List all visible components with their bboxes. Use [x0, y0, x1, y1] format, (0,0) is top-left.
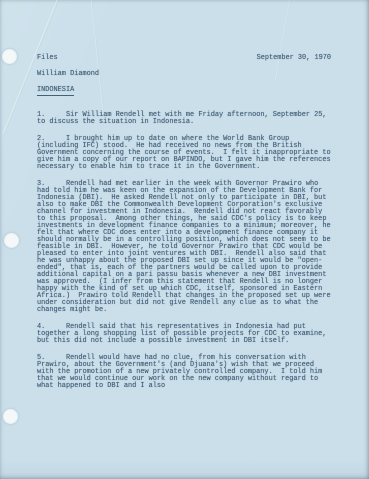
paragraph-text: I brought him up to date on where the Wo…	[37, 135, 335, 171]
author-name: William Diamond	[37, 71, 331, 78]
paragraph-text: Rendell had met earlier in the week with…	[37, 180, 335, 314]
hole-punch	[3, 409, 18, 424]
subject-title: INDONESIA	[37, 87, 74, 96]
hole-punch	[2, 49, 17, 64]
memo-paragraph: 1.Sir William Rendell met with me Friday…	[37, 112, 331, 126]
hole-punch	[4, 233, 19, 248]
memo-date: September 30, 1970	[257, 55, 331, 62]
paragraph-text: Sir William Rendell met with me Friday a…	[37, 111, 331, 126]
memo-paragraph: 3.Rendell had met earlier in the week wi…	[37, 181, 331, 314]
memo-page: Files September 30, 1970 William Diamond…	[0, 0, 369, 479]
paragraph-text: Rendell said that his representatives in…	[37, 323, 331, 345]
recipient-label: Files	[37, 55, 58, 62]
memo-paragraph: 5.Rendell would have had no clue, from h…	[37, 355, 331, 390]
memo-paragraph: 2.I brought him up to date on where the …	[37, 136, 331, 171]
paragraph-text: Rendell would have had no clue, from his…	[37, 354, 326, 390]
memo-paragraph: 4.Rendell said that his representatives …	[37, 324, 331, 345]
memo-content: Files September 30, 1970 William Diamond…	[37, 55, 331, 400]
memo-header: Files September 30, 1970	[37, 55, 331, 62]
subject-line: INDONESIA	[37, 87, 331, 96]
